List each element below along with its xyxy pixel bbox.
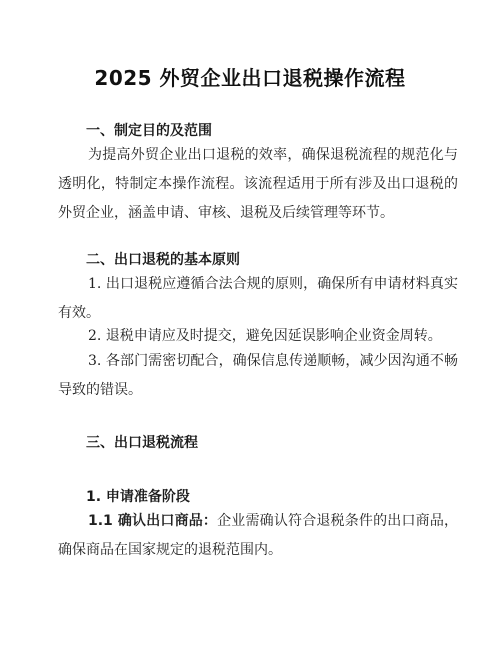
item-label: 1.1 确认出口商品： — [88, 513, 217, 529]
process-item-1-1: 1.1 确认出口商品：企业需确认符合退税条件的出口商品，确保商品在国家规定的退税… — [58, 507, 458, 565]
document-title: 2025 外贸企业出口退税操作流程 — [0, 62, 500, 91]
subsection-heading-preparation: 1. 申请准备阶段 — [86, 486, 190, 506]
principle-item-1: 1. 出口退税应遵循合法合规的原则，确保所有申请材料真实有效。 — [58, 270, 458, 328]
section-heading-purpose: 一、制定目的及范围 — [86, 120, 212, 140]
section-paragraph: 为提高外贸企业出口退税的效率，确保退税流程的规范化与透明化，特制定本操作流程。该… — [58, 141, 458, 228]
section-heading-principles: 二、出口退税的基本原则 — [86, 249, 240, 269]
section-heading-process: 三、出口退税流程 — [86, 432, 198, 452]
document-page: 2025 外贸企业出口退税操作流程 一、制定目的及范围 为提高外贸企业出口退税的… — [0, 0, 500, 647]
principle-item-3: 3. 各部门需密切配合，确保信息传递顺畅，减少因沟通不畅导致的错误。 — [58, 347, 458, 405]
